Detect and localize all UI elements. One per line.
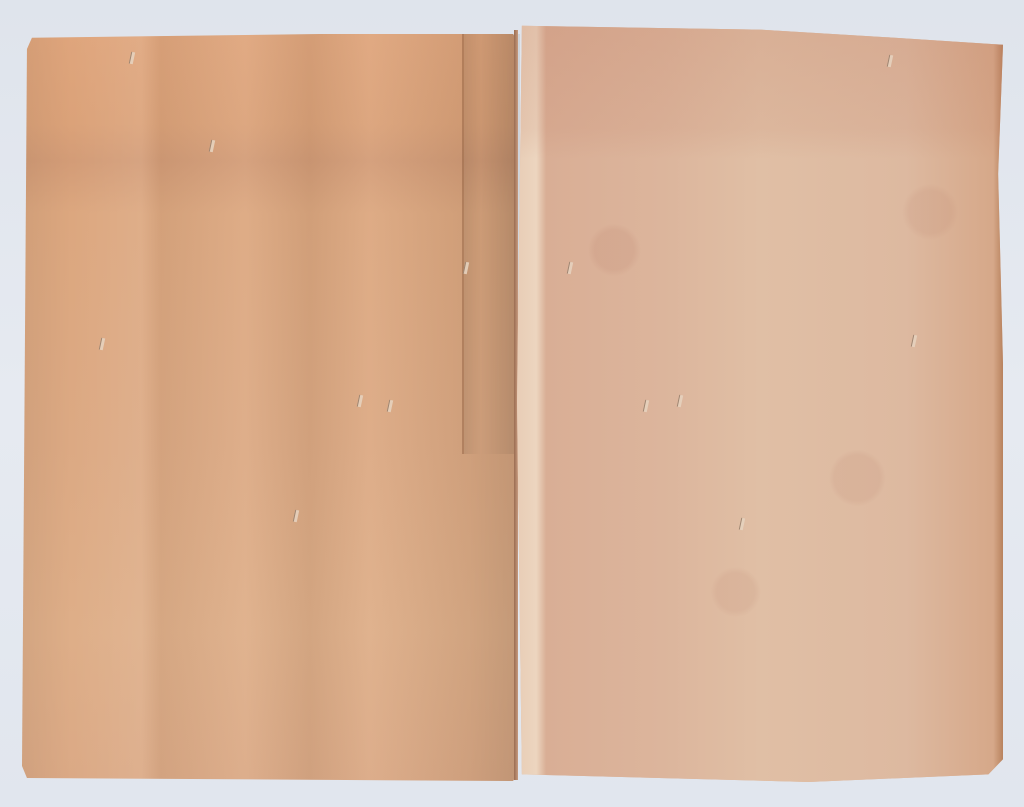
left-book-page [22, 34, 518, 781]
right-book-page [517, 22, 1003, 782]
left-page-fold-flap [462, 34, 520, 454]
